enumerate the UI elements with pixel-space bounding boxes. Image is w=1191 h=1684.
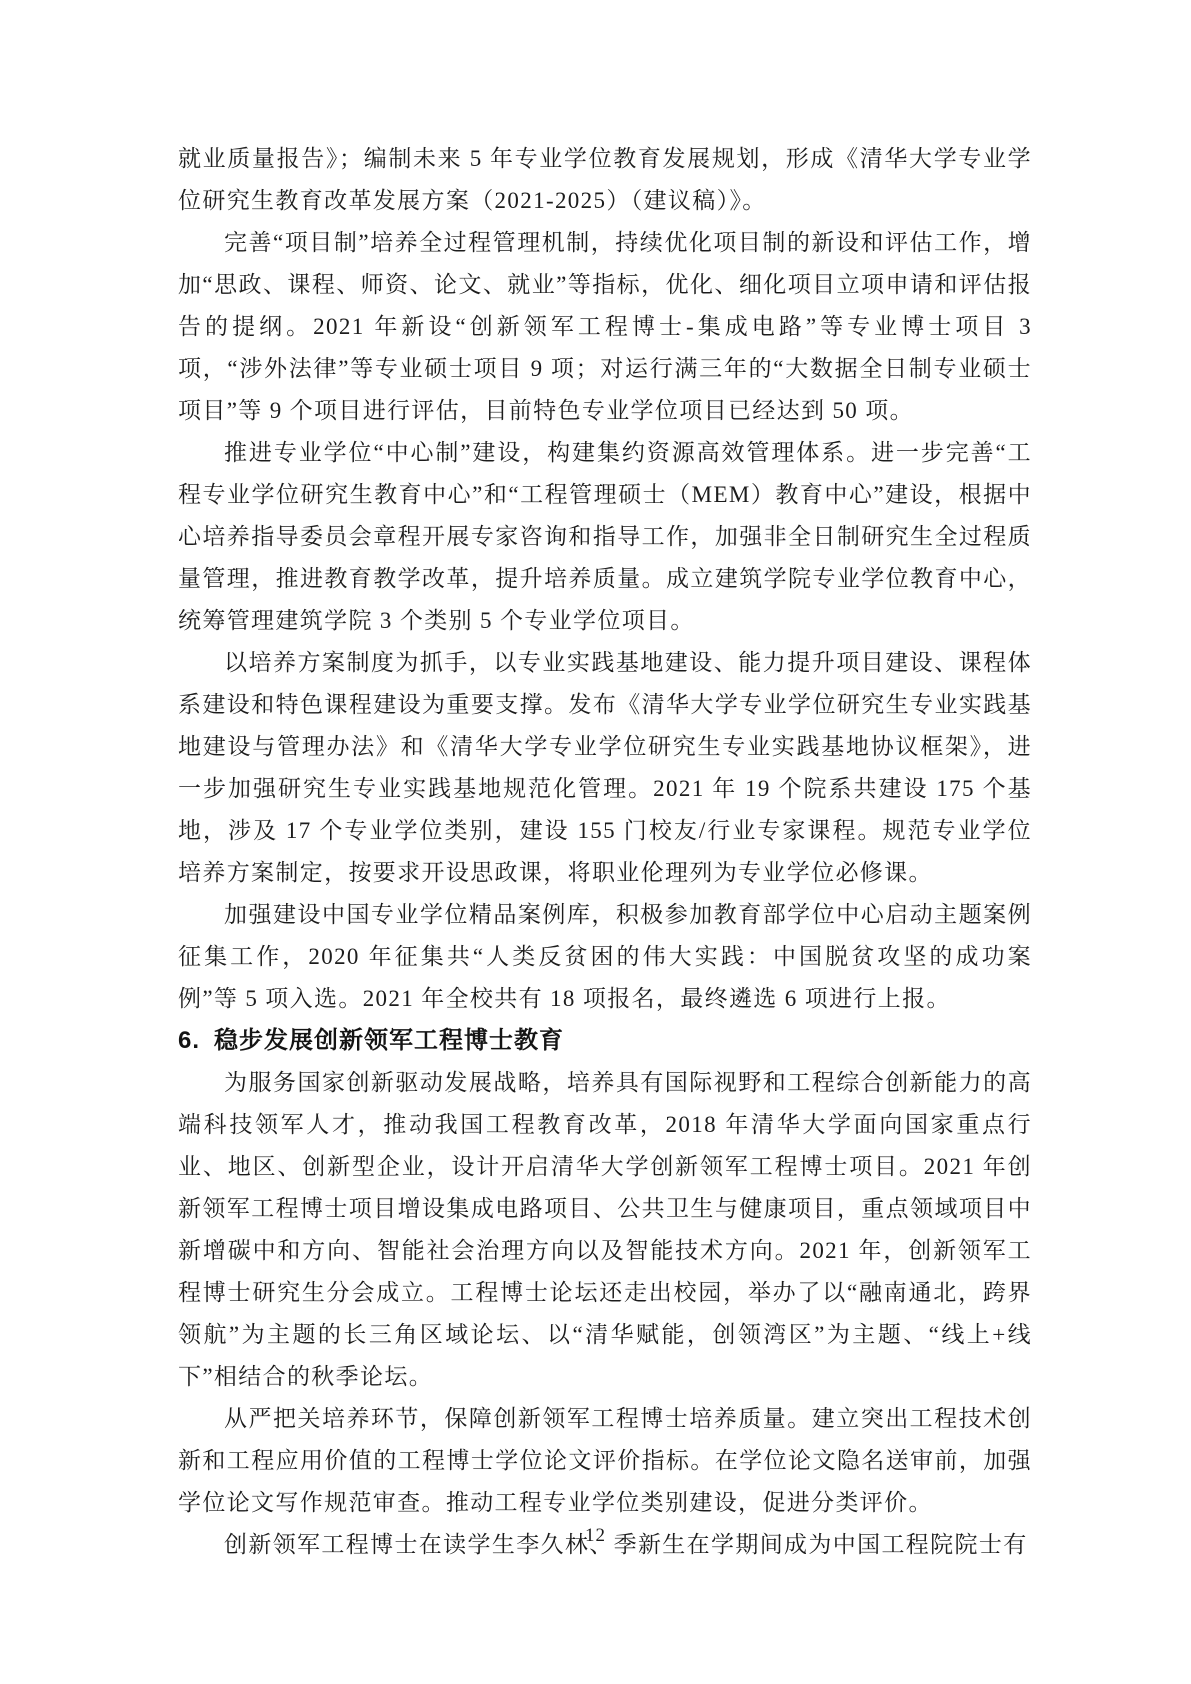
- paragraph: 为服务国家创新驱动发展战略，培养具有国际视野和工程综合创新能力的高端科技领军人才…: [178, 1062, 1032, 1398]
- paragraph: 推进专业学位“中心制”建设，构建集约资源高效管理体系。进一步完善“工程专业学位研…: [178, 432, 1032, 642]
- paragraph: 以培养方案制度为抓手，以专业实践基地建设、能力提升项目建设、课程体系建设和特色课…: [178, 642, 1032, 894]
- paragraph: 完善“项目制”培养全过程管理机制，持续优化项目制的新设和评估工作，增加“思政、课…: [178, 222, 1032, 432]
- page-footer: 12: [0, 1524, 1191, 1548]
- document-body: 就业质量报告》；编制未来 5 年专业学位教育发展规划，形成《清华大学专业学位研究…: [178, 138, 1032, 1566]
- section-heading-title: 稳步发展创新领军工程博士教育: [214, 1027, 564, 1054]
- document-page: 就业质量报告》；编制未来 5 年专业学位教育发展规划，形成《清华大学专业学位研究…: [0, 0, 1191, 1684]
- section-heading-number: 6.: [178, 1020, 200, 1062]
- section-heading: 6.稳步发展创新领军工程博士教育: [178, 1020, 1032, 1062]
- page-number: 12: [585, 1525, 606, 1546]
- paragraph: 从严把关培养环节，保障创新领军工程博士培养质量。建立突出工程技术创新和工程应用价…: [178, 1398, 1032, 1524]
- paragraph: 就业质量报告》；编制未来 5 年专业学位教育发展规划，形成《清华大学专业学位研究…: [178, 138, 1032, 222]
- paragraph: 加强建设中国专业学位精品案例库，积极参加教育部学位中心启动主题案例征集工作，20…: [178, 894, 1032, 1020]
